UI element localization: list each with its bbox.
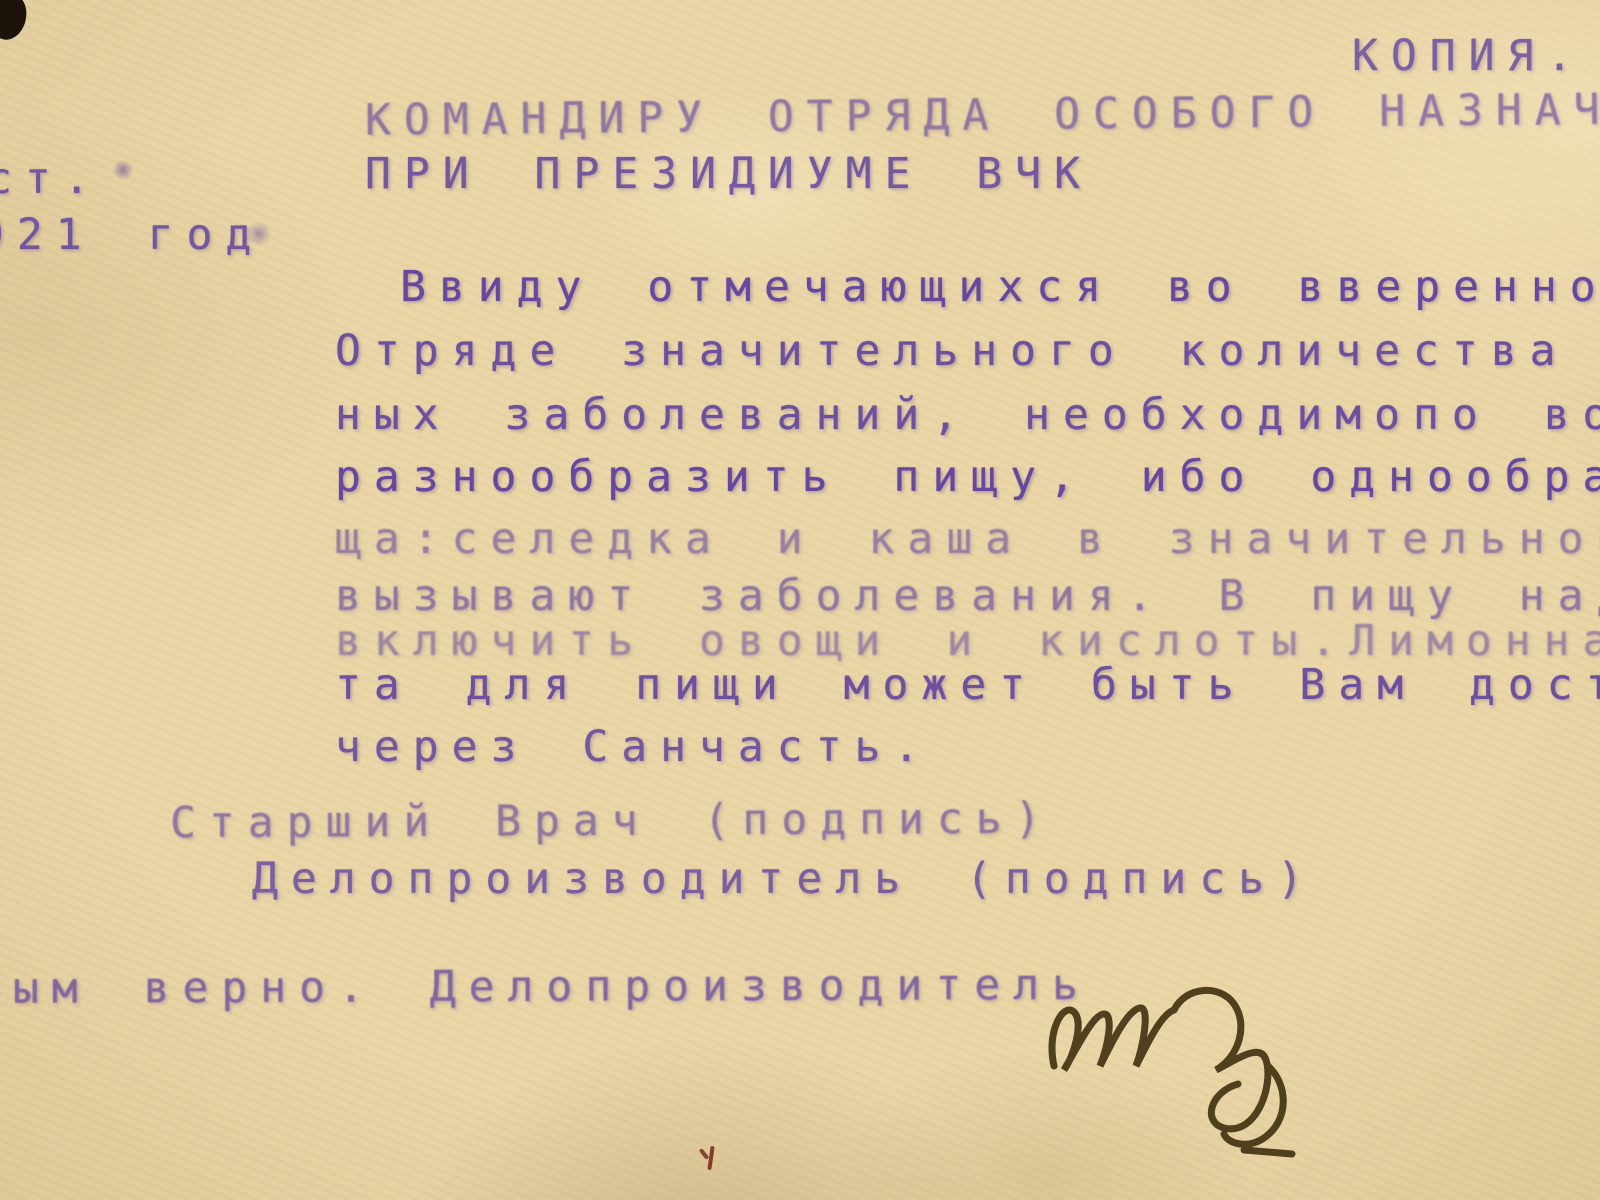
copy-stamp-label: КОПИЯ. [1352,35,1585,78]
margin-note-line1: ст. [0,158,103,201]
signatory-clerk: Делопроизводитель (подпись) [252,858,1316,901]
handwritten-signature [1038,938,1368,1168]
certification-line: ным верно. Делопроизводитель [0,964,1091,1011]
body-line: ща:селедка и каша в значительной [335,518,1600,561]
ink-smudge [246,222,272,246]
margin-note-year: 921 год [0,214,264,257]
header-addressee-line1: КОМАНДИРУ ОТРЯДА ОСОБОГО НАЗНАЧЕ [365,88,1600,142]
document-page: КОПИЯ. КОМАНДИРУ ОТРЯДА ОСОБОГО НАЗНАЧЕ … [0,0,1600,1200]
body-line: та для пищи может быть Вам достав [335,664,1600,707]
body-line: разнообразить пищу, ибо однообраз [335,456,1600,499]
body-line: через Санчасть. [335,726,932,769]
body-line: Отряде значительного количества ц [335,330,1600,373]
paper-corner-speck [0,0,32,44]
body-line: Ввиду отмечающихся во вверенном [400,266,1600,309]
paper-mark [700,1146,720,1172]
ink-smudge [112,160,134,180]
signatory-senior-doctor: Старший Врач (подпись) [170,798,1054,846]
body-line: ных заболеваний, необходимопо воз [335,394,1600,437]
header-addressee-line2: ПРИ ПРЕЗИДИУМЕ ВЧК [365,153,1093,196]
body-line: вызывают заболевания. В пищу надл [335,575,1600,618]
body-line: включить овощи и кислоты.Лимонная [335,620,1600,663]
